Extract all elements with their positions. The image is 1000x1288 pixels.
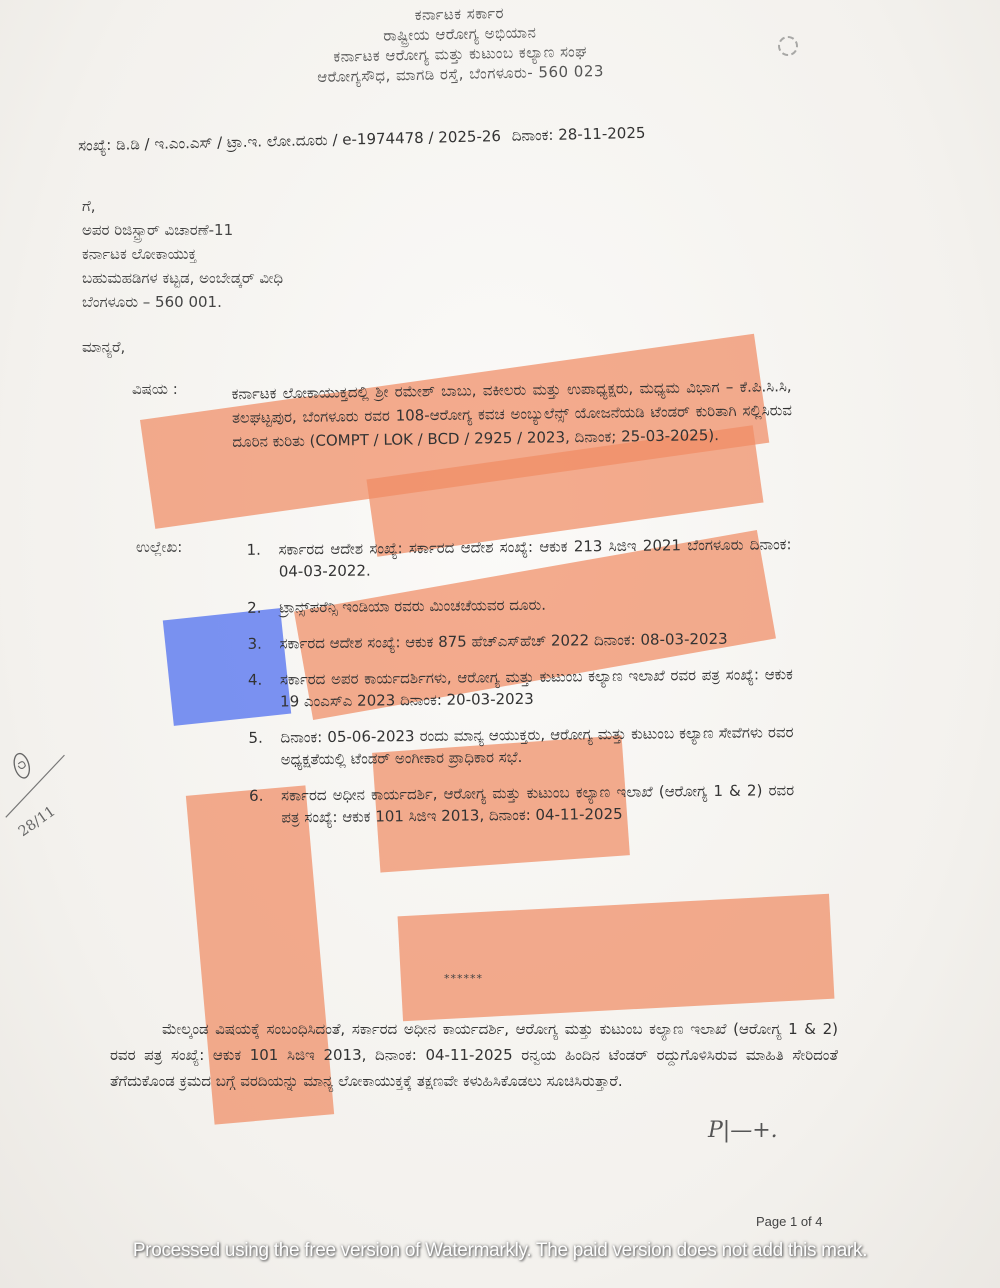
reference-text: ಸರ್ಕಾರದ ಅಧೀನ ಕಾರ್ಯದರ್ಶಿ, ಆರೋಗ್ಯ ಮತ್ತು ಕು… (281, 779, 794, 828)
references-label: ಉಲ್ಲೇಖ: (136, 538, 182, 556)
watermark-text: Processed using the free version of Wate… (0, 1240, 1000, 1262)
reference-number: 2. (247, 597, 279, 619)
addressee-line: ಬಹುಮಹಡಿಗಳ ಕಟ್ಟಡ, ಅಂಬೇಡ್ಕರ್ ವೀಧಿ (82, 266, 283, 290)
body-paragraph: ಮೇಲ್ಕಂಡ ವಿಷಯಕ್ಕೆ ಸಂಬಂಧಿಸಿದಂತೆ, ಸರ್ಕಾರದ ಅ… (110, 1016, 838, 1094)
document-page: ಕರ್ನಾಟಕ ಸರ್ಕಾರ ರಾಷ್ಟ್ರೀಯ ಆರೋಗ್ಯ ಅಭಿಯಾನ ಕ… (0, 0, 1000, 1288)
salutation: ಮಾನ್ಯರೆ, (82, 338, 125, 356)
subject-text: ಕರ್ನಾಟಕ ಲೋಕಾಯುಕ್ತದಲ್ಲಿ ಶ್ರೀ ರಮೇಶ್ ಬಾಬು, … (232, 374, 793, 454)
reference-item: 4. ಸರ್ಕಾರದ ಅಪರ ಕಾರ್ಯದರ್ಶಿಗಳು, ಆರೋಗ್ಯ ಮತ್… (248, 663, 793, 713)
signature: P|—+. (708, 1118, 778, 1143)
reference-item: 5. ದಿನಾಂಕ: 05-06-2023 ರಂದು ಮಾನ್ಯ ಆಯುಕ್ತರ… (248, 721, 793, 771)
redaction-block (398, 894, 835, 1021)
handwritten-margin-note-icon: 28/11 (4, 728, 84, 848)
reference-text: ದಿನಾಂಕ: 05-06-2023 ರಂದು ಮಾನ್ಯ ಆಯುಕ್ತರು, … (280, 721, 793, 770)
reference-number: 3. (247, 633, 279, 655)
reference-date: ದಿನಾಂಕ: 28-11-2025 (512, 124, 646, 145)
addressee-line: ಕರ್ನಾಟಕ ಲೋಕಾಯುಕ್ತ (82, 242, 283, 266)
page-number: Page 1 of 4 (756, 1214, 823, 1229)
addressee-to: ಗೆ, (82, 194, 283, 218)
reference-number: 5. (248, 727, 280, 771)
reference-text: ಟ್ರಾನ್ಸ್‌ಪರೆನ್ಸಿ ಇಂಡಿಯಾ ರವರು ಮಿಂಚಚೆಯವರ ದ… (279, 591, 792, 618)
subject-label: ವಿಷಯ : (132, 380, 178, 398)
reference-number: 4. (248, 669, 280, 713)
reference-line: ಸಂಖ್ಯೆ: ಡಿ.ಡಿ / ಇ.ಎಂ.ಎಸ್ / ಟ್ರಾ.ಇ. ಲೋ.ದೂ… (78, 119, 838, 154)
letterhead: ಕರ್ನಾಟಕ ಸರ್ಕಾರ ರಾಷ್ಟ್ರೀಯ ಆರೋಗ್ಯ ಅಭಿಯಾನ ಕ… (239, 0, 681, 89)
reference-item: 6. ಸರ್ಕಾರದ ಅಧೀನ ಕಾರ್ಯದರ್ಶಿ, ಆರೋಗ್ಯ ಮತ್ತು… (249, 779, 794, 829)
reference-number: ಸಂಖ್ಯೆ: ಡಿ.ಡಿ / ಇ.ಎಂ.ಎಸ್ / ಟ್ರಾ.ಇ. ಲೋ.ದೂ… (78, 127, 501, 155)
reference-text: ಸರ್ಕಾರದ ಆದೇಶ ಸಂಖ್ಯೆ: ಸರ್ಕಾರದ ಆದೇಶ ಸಂಖ್ಯೆ… (278, 533, 791, 582)
addressee-line: ಬೆಂಗಳೂರು – 560 001. (82, 290, 283, 314)
addressee-block: ಗೆ, ಅಪರ ರಿಜಿಸ್ಟ್ರಾರ್ ವಿಚಾರಣೆ-11 ಕರ್ನಾಟಕ … (82, 194, 283, 314)
reference-number: 6. (249, 785, 281, 829)
reference-text: ಸರ್ಕಾರದ ಆದೇಶ ಸಂಖ್ಯೆ: ಆಕುಕ 875 ಹೆಚ್‌ಎಸ್‌ಹ… (279, 627, 792, 654)
section-separator: ****** (444, 972, 483, 985)
reference-item: 1. ಸರ್ಕಾರದ ಆದೇಶ ಸಂಖ್ಯೆ: ಸರ್ಕಾರದ ಆದೇಶ ಸಂಖ… (246, 533, 791, 583)
reference-text: ಸರ್ಕಾರದ ಅಪರ ಕಾರ್ಯದರ್ಶಿಗಳು, ಆರೋಗ್ಯ ಮತ್ತು … (280, 663, 793, 712)
reference-item: 3. ಸರ್ಕಾರದ ಆದೇಶ ಸಂಖ್ಯೆ: ಆಕುಕ 875 ಹೆಚ್‌ಎಸ… (247, 627, 792, 655)
reference-number: 1. (246, 539, 278, 583)
emblem-icon (778, 36, 798, 56)
svg-text:28/11: 28/11 (16, 803, 59, 840)
references-list: 1. ಸರ್ಕಾರದ ಆದೇಶ ಸಂಖ್ಯೆ: ಸರ್ಕಾರದ ಆದೇಶ ಸಂಖ… (246, 533, 794, 843)
addressee-line: ಅಪರ ರಿಜಿಸ್ಟ್ರಾರ್ ವಿಚಾರಣೆ-11 (82, 218, 283, 242)
reference-item: 2. ಟ್ರಾನ್ಸ್‌ಪರೆನ್ಸಿ ಇಂಡಿಯಾ ರವರು ಮಿಂಚಚೆಯವ… (247, 591, 792, 619)
